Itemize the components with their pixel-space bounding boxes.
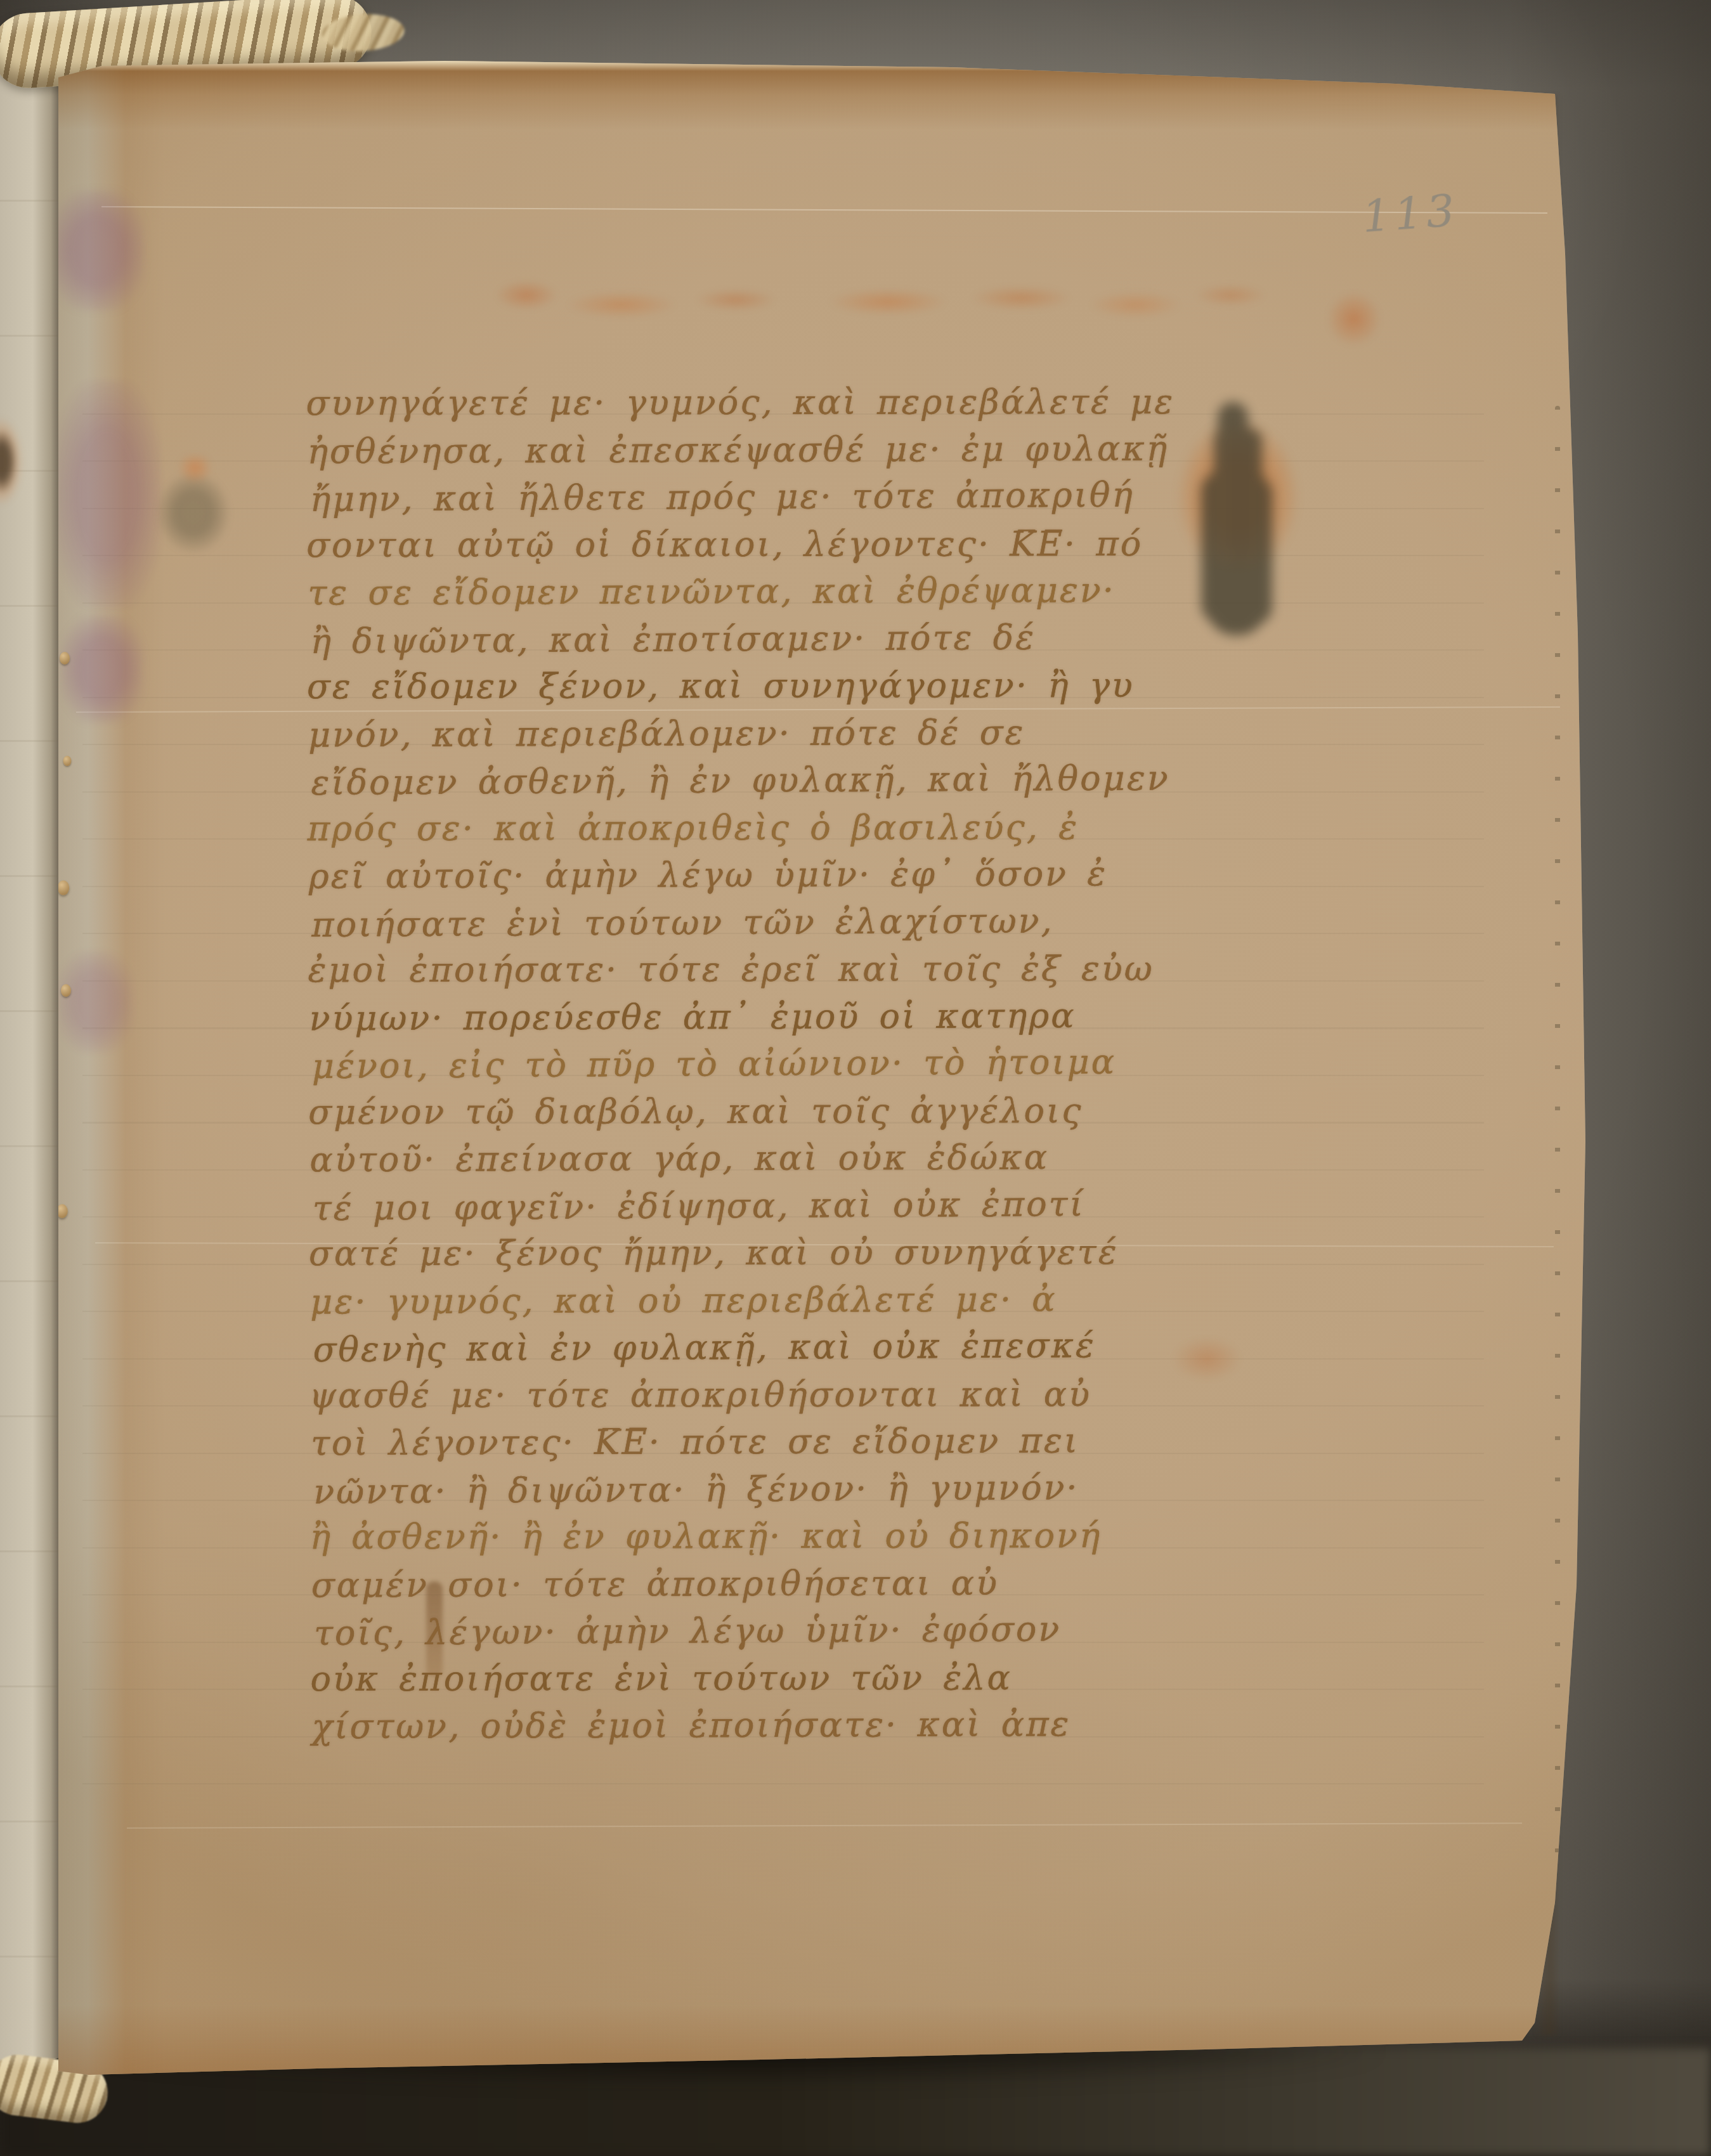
text-line: νῶντα· ἢ διψῶντα· ἢ ξένον· ἢ γυμνόν· [313, 1464, 1201, 1516]
text-line: τοὶ λέγοντες· Κ̅Ε̅· πότε σε εἴδομεν πει [311, 1417, 1199, 1467]
text-line: τε σε εἴδομεν πεινῶντα, καὶ ἐθρέψαμεν· [308, 567, 1195, 617]
text-line: σαμέν σοι· τότε ἀποκριθήσεται αὐ [311, 1559, 1199, 1609]
manuscript-photo: { "folio": { "number": "113" }, "manuscr… [0, 0, 1711, 2156]
text-line: σε εἴδομεν ξένον, καὶ συνηγάγομεν· ἢ γυ [307, 662, 1195, 711]
facing-page-sliver [0, 67, 60, 2077]
text-line: σμένον τῷ διαβόλῳ, καὶ τοῖς ἀγγέλοις [308, 1087, 1196, 1136]
text-line: ἢ ἀσθενῆ· ἢ ἐν φυλακῇ· καὶ οὐ διηκονή [310, 1512, 1198, 1561]
text-line: σθενὴς καὶ ἐν φυλακῇ, καὶ οὐκ ἐπεσκέ [313, 1322, 1200, 1373]
text-line: σονται αὐτῷ οἱ δίκαιοι, λέγοντες· Κ̅Ε̅· … [306, 520, 1194, 569]
purple-stain [57, 951, 133, 1053]
text-line: οὐκ ἐποιήσατε ἑνὶ τούτων τῶν ἐλα [310, 1654, 1198, 1703]
text-block: συνηγάγετέ με· γυμνός, καὶ περιεβάλετέ μ… [307, 378, 1200, 1751]
text-line: μνόν, καὶ περιεβάλομεν· πότε δέ σε [308, 708, 1196, 758]
wax-droplet [58, 881, 69, 895]
text-line: νύμων· πορεύεσθε ἀπ᾽ ἐμοῦ οἱ κατηρα [309, 992, 1197, 1042]
text-line: ἠσθένησα, καὶ ἐπεσκέψασθέ με· ἐμ φυλακῇ [307, 425, 1195, 475]
text-line: ποιήσατε ἑνὶ τούτων τῶν ἐλαχίστων, [311, 897, 1199, 949]
text-line: ἐμοὶ ἐποιήσατε· τότε ἐρεῖ καὶ τοῖς ἐξ εὐ… [308, 945, 1195, 994]
pricking-holes [1555, 406, 1560, 1883]
wax-droplet [61, 984, 71, 997]
text-line: σατέ με· ξένος ἤμην, καὶ οὐ συνηγάγετέ [309, 1229, 1197, 1278]
text-line: ἢ διψῶντα, καὶ ἐποτίσαμεν· πότε δέ [310, 613, 1198, 665]
gray-blotch-stain [152, 455, 235, 560]
text-line: τέ μοι φαγεῖν· ἐδίψησα, καὶ οὐκ ἐποτί [313, 1180, 1200, 1232]
purple-stain [53, 380, 161, 609]
text-line: αὐτοῦ· ἐπείνασα γάρ, καὶ οὐκ ἐδώκα [309, 1134, 1197, 1184]
text-line: ρεῖ αὐτοῖς· ἀμὴν λέγω ὑμῖν· ἐφ᾽ ὅσον ἐ [309, 850, 1197, 900]
text-line: συνηγάγετέ με· γυμνός, καὶ περιεβάλετέ μ… [306, 379, 1194, 427]
text-line: ἤμην, καὶ ἤλθετε πρός με· τότε ἀποκριθή [310, 471, 1198, 523]
rust-offset-stain [469, 252, 1421, 347]
ink-bleed-spot [0, 414, 24, 509]
crease-line [127, 1822, 1522, 1829]
crease-line [101, 206, 1547, 214]
text-line: πρός σε· καὶ ἀποκριθεὶς ὁ βασιλεύς, ἐ [308, 803, 1195, 852]
text-line: με· γυμνός, καὶ οὐ περιεβάλετέ με· ἀ [310, 1275, 1198, 1325]
wax-droplet [60, 652, 70, 665]
text-line: ψασθέ με· τότε ἀποκριθήσονται καὶ αὐ [309, 1370, 1197, 1419]
text-line: χίστων, οὐδὲ ἐμοὶ ἐποιήσατε· καὶ ἀπε [312, 1701, 1200, 1751]
purple-stain [61, 615, 143, 723]
purple-stain [49, 190, 145, 311]
folio-number: 113 [1360, 185, 1460, 243]
wax-droplet [63, 756, 72, 766]
parchment-page: 113 συνηγάγετέ με· γυμνός, καὶ περιεβάλε… [0, 0, 1711, 2156]
text-line: τοῖς, λέγων· ἀμὴν λέγω ὑμῖν· ἐφόσον [314, 1605, 1202, 1657]
text-line: εἴδομεν ἀσθενῆ, ἢ ἐν φυλακῇ, καὶ ἤλθομεν [311, 755, 1199, 807]
text-line: μένοι, εἰς τὸ πῦρ τὸ αἰώνιον· τὸ ἡτοιμα [312, 1038, 1200, 1090]
